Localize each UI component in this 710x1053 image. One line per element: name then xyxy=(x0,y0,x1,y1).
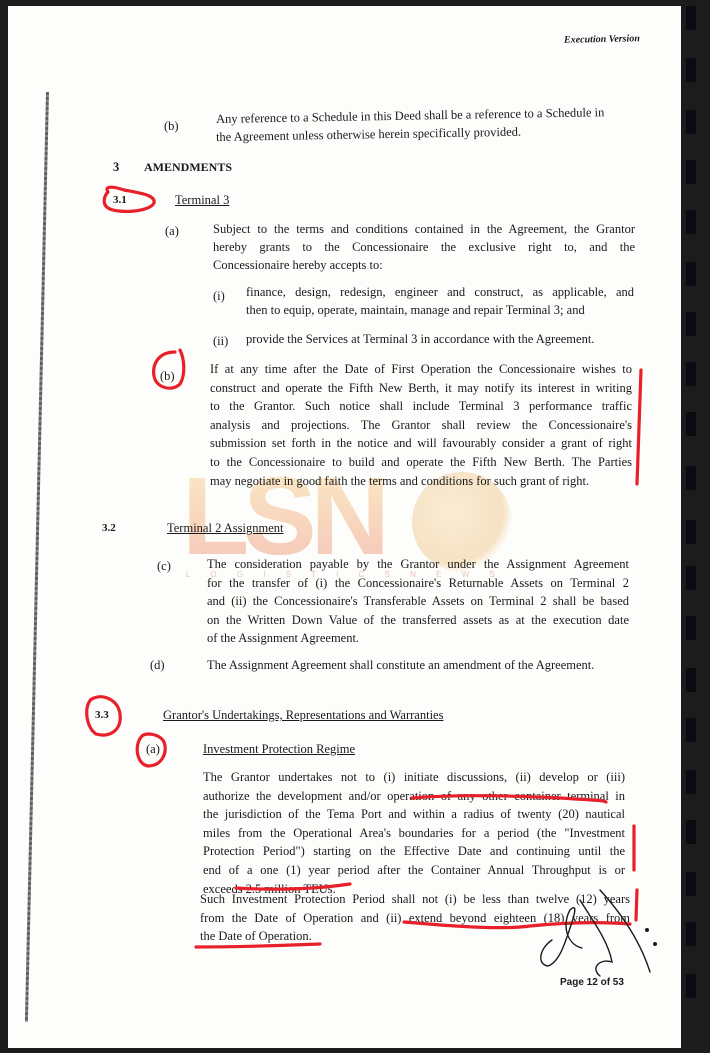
binding-tab xyxy=(686,6,696,30)
paragraph-line: the Date of Operation. xyxy=(200,927,630,946)
binding-tab xyxy=(686,160,696,184)
paragraph-line: miles from the Operational Area's bounda… xyxy=(203,824,625,843)
item-line: provide the Services at Terminal 3 in ac… xyxy=(246,330,594,349)
paragraph-line: on the Written Down Value of the transfe… xyxy=(207,611,629,630)
clause-line: Subject to the terms and conditions cont… xyxy=(213,220,635,239)
subsection-number: 3.1 xyxy=(113,191,127,210)
paragraph-line: the jurisdiction of the Tema Port and wi… xyxy=(203,805,625,824)
section-number: 3 xyxy=(113,158,119,177)
clause-label: (a) xyxy=(165,222,179,241)
subsection-title: Terminal 3 xyxy=(175,191,229,210)
clause-subtitle: Investment Protection Regime xyxy=(203,740,355,759)
paragraph-line: of the Assignment Agreement. xyxy=(207,629,629,648)
item-label: (i) xyxy=(213,287,225,306)
item-line: finance, design, redesign, engineer and … xyxy=(246,283,634,302)
clause-label: (d) xyxy=(150,656,165,675)
binding-tab xyxy=(686,262,696,286)
binding-tab xyxy=(686,922,696,946)
binding-tab xyxy=(686,566,696,590)
item-line: then to equip, operate, maintain, manage… xyxy=(246,301,585,320)
binding-tab xyxy=(686,362,696,386)
section-title: AMENDMENTS xyxy=(144,158,232,177)
paragraph-line: to the Grantor. Such notice shall includ… xyxy=(210,397,632,416)
binding-tab xyxy=(686,718,696,742)
paragraph-line: to the Concessionaire to build and opera… xyxy=(210,453,632,472)
binding-tab xyxy=(686,312,696,336)
paragraph-line: for the transfer of (i) the Concessionai… xyxy=(207,574,629,593)
execution-version-label: Execution Version xyxy=(564,33,640,46)
binding-tab xyxy=(686,872,696,896)
binding-tab xyxy=(686,668,696,692)
paragraph-line: and (ii) the Concessionaire's Transferab… xyxy=(207,592,629,611)
binding-tab xyxy=(686,974,696,998)
binding-tab xyxy=(686,58,696,82)
subsection-title: Terminal 2 Assignment xyxy=(167,519,283,538)
paragraph-line: analysis and projections. The Grantor sh… xyxy=(210,416,632,435)
clause-line: Concessionaire hereby accepts to: xyxy=(213,256,383,275)
binding-tab xyxy=(686,820,696,844)
paragraph-line: authorize the development and/or operati… xyxy=(203,787,625,806)
clause-label: (b) xyxy=(164,117,179,136)
binding-tab xyxy=(686,210,696,234)
binding-tab xyxy=(686,466,696,490)
binding-tab xyxy=(686,520,696,544)
subsection-title: Grantor's Undertakings, Representations … xyxy=(163,706,443,725)
binding-tab xyxy=(686,616,696,640)
paragraph-line: Protection Period") starting on the Effe… xyxy=(203,842,625,861)
paragraph-line: may negotiate in good faith the terms an… xyxy=(210,472,632,491)
paragraph-line: from the Date of Operation and (ii) exte… xyxy=(200,909,630,928)
item-label: (ii) xyxy=(213,332,228,351)
binding-tab xyxy=(686,770,696,794)
binding-tab xyxy=(686,412,696,436)
page-number: Page 12 of 53 xyxy=(560,977,624,988)
paragraph-line: If at any time after the Date of First O… xyxy=(210,360,632,379)
clause-line: hereby grants to the Concessionaire the … xyxy=(213,238,635,257)
subsection-number: 3.2 xyxy=(102,519,116,538)
paragraph-line: Such Investment Protection Period shall … xyxy=(200,890,630,909)
clause-label: (b) xyxy=(160,367,175,386)
clause-label: (c) xyxy=(157,557,171,576)
clause-label: (a) xyxy=(146,740,160,759)
paragraph-line: The consideration payable by the Grantor… xyxy=(207,555,629,574)
binding-tab xyxy=(686,110,696,134)
clause-text: The Assignment Agreement shall constitut… xyxy=(207,656,594,675)
paragraph-line: end of a one (1) year period after the C… xyxy=(203,861,625,880)
subsection-number: 3.3 xyxy=(95,706,109,725)
paragraph-line: The Grantor undertakes not to (i) initia… xyxy=(203,768,625,787)
paragraph-line: submission set forth in the notice and w… xyxy=(210,434,632,453)
paragraph-line: construct and operate the Fifth New Bert… xyxy=(210,379,632,398)
